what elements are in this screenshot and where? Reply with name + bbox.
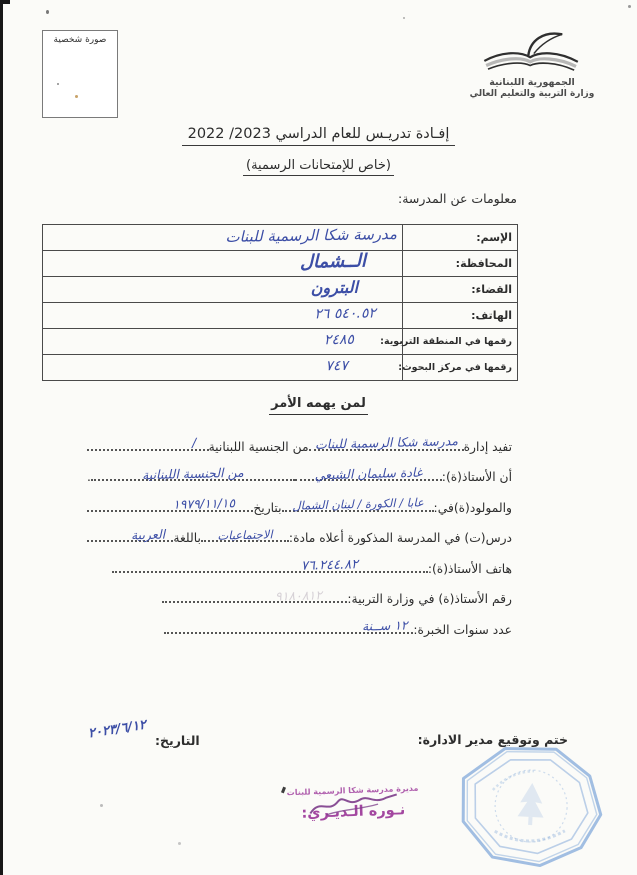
dotted-fill: مدرسة شكا الرسمية للبنات xyxy=(309,439,464,451)
page-title: إفـادة تدريـس للعام الدراسي 2023/ 2022 xyxy=(0,126,637,142)
scan-speck xyxy=(46,10,49,14)
handwritten-ministry-number: ٩١٨٠٨١٢ xyxy=(275,589,322,603)
form-label: باللغة xyxy=(173,531,201,546)
form-line-subject: درس(ت) في المدرسة المذكورة أعلاه مادة: ا… xyxy=(87,516,512,547)
photo-box-label: صورة شخصية xyxy=(43,31,117,45)
handwritten-governorate: الــشمال xyxy=(48,251,397,275)
dotted-fill: ٧٦.٢٤٤.٨٢ xyxy=(112,561,428,573)
dotted-fill: / xyxy=(87,439,209,451)
handwritten-nationality: من الجنسية اللبنانية xyxy=(91,465,295,483)
handwritten-school-name: مدرسة شكا الرسمية للبنات xyxy=(48,227,397,248)
row-label: الإسم: xyxy=(403,225,518,251)
form-label: هاتف الأستاذ(ة): xyxy=(428,562,512,577)
handwritten-experience-years: ١٢ ســنة xyxy=(362,619,408,633)
handwritten-school-name: مدرسة شكا الرسمية للبنات xyxy=(308,435,463,452)
row-label: القضاء: xyxy=(403,277,518,303)
scan-speck xyxy=(75,95,78,98)
scan-speck xyxy=(628,5,631,8)
to-whom-it-may-concern-heading: لمن يهمه الأمر xyxy=(0,396,637,411)
handwritten-teacher-name: غادة سليمان الشيعي xyxy=(295,466,442,482)
form-label: والمولود(ة)في: xyxy=(434,501,512,516)
scan-speck xyxy=(178,842,181,845)
form-line-birth: والمولود(ة)في: عابا / الكورة / لبنان الش… xyxy=(87,485,512,516)
dotted-fill: ١٩٧٩/١١/١٥ xyxy=(87,500,253,512)
handwritten-district: البترون xyxy=(48,278,397,300)
handwritten-zone-number: ٢٤٨٥ xyxy=(48,331,397,351)
page-subtitle: (خاص للإمتحانات الرسمية) xyxy=(0,158,637,173)
scan-speck xyxy=(403,17,405,19)
ministry-logo: الجمهورية اللبنانية وزارة التربية والتعل… xyxy=(467,26,597,99)
form-line-teacher-name: أن الأستاذ(ة): غادة سليمان الشيعي من الج… xyxy=(87,455,512,486)
scan-speck xyxy=(100,804,103,807)
table-row-phone: الهاتف: ٢٦ ٥٤٠.٥٢ xyxy=(43,303,518,329)
open-book-icon xyxy=(477,26,587,72)
dotted-fill: ٩١٨٠٨١٢ xyxy=(162,591,347,603)
form-label: درس(ت) في المدرسة المذكورة أعلاه مادة: xyxy=(289,531,512,546)
logo-ministry-label: وزارة التربية والتعليم العالي xyxy=(467,89,597,99)
school-info-table: الإسم: مدرسة شكا الرسمية للبنات المحافظة… xyxy=(42,224,518,381)
form-label: رقم الأستاذ(ة) في وزارة التربية: xyxy=(347,592,512,607)
form-label: أن الأستاذ(ة): xyxy=(442,470,512,485)
handwritten-birthdate: ١٩٧٩/١١/١٥ xyxy=(173,497,235,511)
table-row-governorate: المحافظة: الــشمال xyxy=(43,251,518,277)
handwritten-birthplace: عابا / الكورة / لبنان الشمال xyxy=(281,497,433,512)
dotted-fill: غادة سليمان الشيعي xyxy=(295,469,442,481)
handwritten-teacher-phone: ٧٦.٢٤٤.٨٢ xyxy=(301,558,358,572)
form-label: من الجنسية اللبنانية xyxy=(209,440,309,455)
form-line-ministry-number: رقم الأستاذ(ة) في وزارة التربية: ٩١٨٠٨١٢ xyxy=(162,577,512,608)
director-stamp: مديرة مدرسة شكا الرسمية للبنات نـوره الـ… xyxy=(277,783,428,822)
scanned-teaching-certificate: صورة شخصية الجمهورية اللبنانية وزارة الت… xyxy=(0,0,637,875)
scan-speck xyxy=(57,83,59,85)
form-line-teacher-phone: هاتف الأستاذ(ة): ٧٦.٢٤٤.٨٢ xyxy=(112,546,512,577)
date-label: التاريخ: xyxy=(155,733,200,748)
certificate-body: تفيد إدارة مدرسة شكا الرسمية للبنات من ا… xyxy=(87,424,512,638)
form-label: عدد سنوات الخبرة: xyxy=(413,623,512,638)
dotted-fill: ١٢ ســنة xyxy=(164,622,413,634)
signature-scribble-icon xyxy=(306,791,402,818)
row-label: الهاتف: xyxy=(403,303,518,329)
row-label: رقمها في المنطقة التربوية: xyxy=(403,329,518,355)
scan-corner-artifact xyxy=(0,0,10,4)
handwritten-slash: / xyxy=(192,437,197,450)
photo-placeholder-box: صورة شخصية xyxy=(42,30,118,118)
form-label: بتاريخ xyxy=(253,501,281,516)
handwritten-subject: الاجتماعيات xyxy=(201,528,289,542)
table-row-zone-number: رقمها في المنطقة التربوية: ٢٤٨٥ xyxy=(43,329,518,355)
logo-republic-label: الجمهورية اللبنانية xyxy=(467,77,597,88)
table-row-research-number: رقمها في مركز البحوث: ٧٤٧ xyxy=(43,355,518,381)
dotted-fill: الاجتماعيات xyxy=(201,530,289,542)
dotted-fill: عابا / الكورة / لبنان الشمال xyxy=(282,500,434,512)
handwritten-phone: ٢٦ ٥٤٠.٥٢ xyxy=(48,305,397,325)
school-info-heading: معلومات عن المدرسة: xyxy=(398,191,517,206)
row-label: المحافظة: xyxy=(403,251,518,277)
octagonal-official-stamp-icon xyxy=(453,741,609,875)
handwritten-language: العربية xyxy=(131,528,165,541)
form-line-administration: تفيد إدارة مدرسة شكا الرسمية للبنات من ا… xyxy=(87,424,512,455)
dotted-fill: العربية xyxy=(87,530,173,542)
table-row-name: الإسم: مدرسة شكا الرسمية للبنات xyxy=(43,225,518,251)
dotted-fill: من الجنسية اللبنانية xyxy=(91,469,295,481)
table-row-district: القضاء: البترون xyxy=(43,277,518,303)
row-label: رقمها في مركز البحوث: xyxy=(403,355,518,381)
form-line-experience: عدد سنوات الخبرة: ١٢ ســنة xyxy=(164,607,512,638)
handwritten-date: ٢٠٢٣/٦/١٢ xyxy=(87,718,147,742)
form-label: تفيد إدارة xyxy=(464,440,512,455)
handwritten-research-number: ٧٤٧ xyxy=(48,357,397,377)
